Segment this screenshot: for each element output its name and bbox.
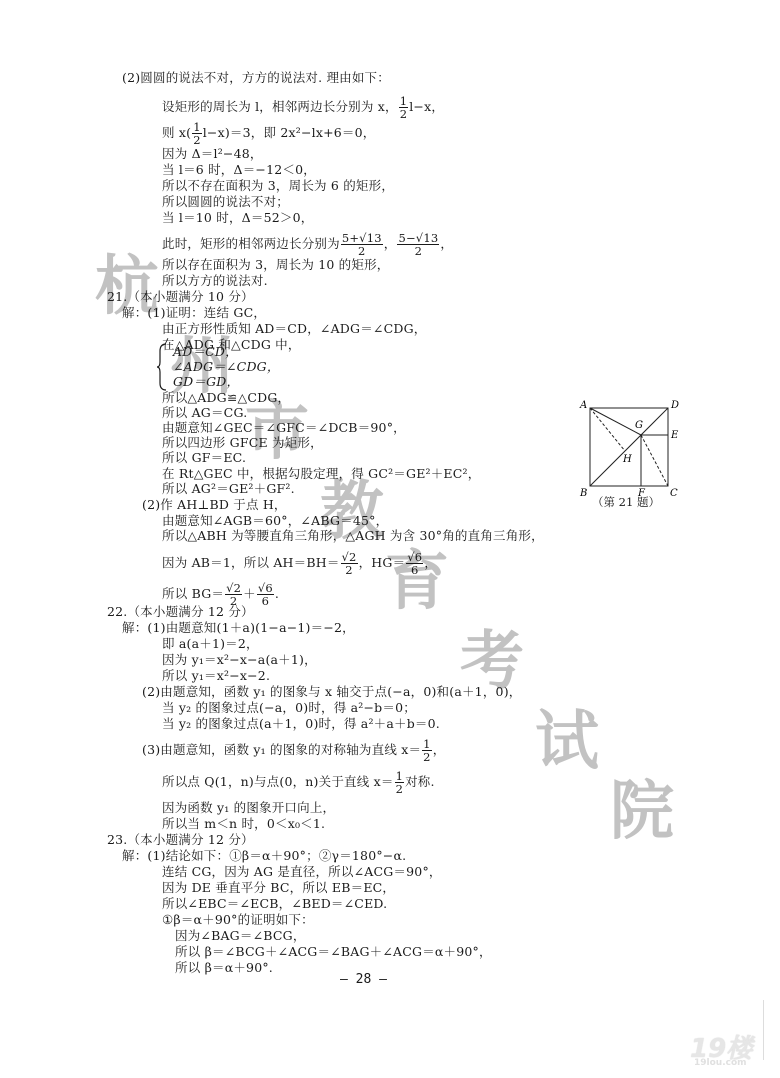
q22-part2-heading: (2)由题意知，函数 y₁ 的图象与 x 轴交于点(−a，0)和(a＋1，0)， <box>122 684 521 700</box>
q20-line4: 当 l＝6 时，Δ＝−12＜0， <box>162 162 316 178</box>
q23-line: 因为∠BAG＝∠BCG， <box>162 928 306 944</box>
q20-part2-heading: (2)圆圆的说法不对，方方的说法对. 理由如下： <box>122 70 390 86</box>
text: 则 x( <box>162 125 191 140</box>
fraction: 12 <box>395 770 405 795</box>
q23-line: 所以 β＝α＋90°. <box>162 960 273 976</box>
q20-line9: 所以存在面积为 3，周长为 10 的矩形， <box>162 257 389 273</box>
text: 因为 AB＝1，所以 AH＝BH＝ <box>162 555 340 570</box>
q23-line: ①β＝α＋90°的证明如下： <box>162 912 314 928</box>
text: 所以点 Q(1，n)与点(0，n)关于直线 x＝ <box>162 774 394 789</box>
fraction: √22 <box>341 551 358 576</box>
fraction: 5−√132 <box>397 232 439 257</box>
q21-system-eq2: ∠ADG＝∠CDG， <box>173 359 280 375</box>
q22-line: 因为函数 y₁ 的图象开口向上， <box>162 800 335 816</box>
svg-text:B: B <box>579 488 587 498</box>
q22-line: 因为 y₁＝x²−x−a(a＋1)， <box>162 652 317 668</box>
q20-line6: 所以圆圆的说法不对； <box>162 194 289 210</box>
q21-geometry-figure: A D E G H B F C <box>578 398 688 508</box>
q20-line8: 此时，矩形的相邻两边长分别为5+√132，5−√132， <box>162 232 453 257</box>
fraction: √66 <box>257 582 274 607</box>
q22-part3-heading: (3)由题意知，函数 y₁ 的图象的对称轴为直线 x＝12， <box>122 738 445 763</box>
svg-text:G: G <box>635 420 643 431</box>
watermark-char: 院 <box>610 760 674 852</box>
q22-title: 22.（本小题满分 12 分） <box>107 604 254 620</box>
q21-line: 在 Rt△GEC 中，根据勾股定理，得 GC²＝GE²＋EC²， <box>162 466 480 482</box>
q21-part1-heading: 解：(1)证明：连结 GC， <box>122 305 266 321</box>
site-logo: 19楼 19lou.com <box>684 1028 764 1072</box>
fraction: √66 <box>406 551 423 576</box>
svg-text:E: E <box>670 430 679 441</box>
q21-title: 21.（本小题满分 10 分） <box>107 289 254 305</box>
q20-line10: 所以方方的说法对. <box>162 273 268 289</box>
text: 所以 BG＝ <box>162 586 224 601</box>
logo-domain: 19lou.com <box>694 1058 747 1068</box>
text: (3)由题意知，函数 y₁ 的图象的对称轴为直线 x＝ <box>142 742 421 757</box>
q23-part1-heading: 解：(1)结论如下：①β＝α＋90°；②γ＝180°−α. <box>122 848 406 864</box>
q23-line: 因为 DE 垂直平分 BC，所以 EB＝EC， <box>162 880 395 896</box>
text: 对称. <box>405 774 435 789</box>
q21-line: 所以 GF＝EC. <box>162 450 246 466</box>
watermark-char: 试 <box>535 690 599 782</box>
q20-line1: 设矩形的周长为 l，相邻两边长分别为 x，12l−x， <box>162 95 444 120</box>
text: ，HG＝ <box>359 555 406 570</box>
q21-line: 所以 AG＝CG. <box>162 405 247 421</box>
q22-line: 即 a(a＋1)＝2， <box>162 636 259 652</box>
q23-line: 连结 CG，因为 AG 是直径，所以∠ACG＝90°， <box>162 864 442 880</box>
q20-line3: 因为 Δ＝l²−48， <box>162 146 263 162</box>
q21-line: 因为 AB＝1，所以 AH＝BH＝√22，HG＝√66， <box>162 551 437 576</box>
svg-text:A: A <box>579 400 587 411</box>
q22-line: 当 y₂ 的图象过点(−a，0)时，得 a²−b＝0； <box>162 700 416 716</box>
q22-line: 所以点 Q(1，n)与点(0，n)关于直线 x＝12对称. <box>162 770 435 795</box>
q21-part2-heading: (2)作 AH⊥BD 于点 H， <box>122 497 287 513</box>
q23-line: 所以 β＝∠BCG＋∠ACG＝∠BAG＋∠ACG＝α＋90°， <box>162 944 492 960</box>
q23-line: 所以∠EBC＝∠ECB，∠BED＝∠CED. <box>162 896 387 912</box>
text: 设矩形的周长为 l，相邻两边长分别为 x， <box>162 99 398 114</box>
q22-line: 所以 y₁＝x²−x−2. <box>162 668 270 684</box>
fraction: 12 <box>422 738 432 763</box>
q22-line: 所以当 m＜n 时，0＜x₀＜1. <box>162 816 325 832</box>
q20-line5: 所以不存在面积为 3，周长为 6 的矩形， <box>162 178 394 194</box>
q22-part1-heading: 解：(1)由题意知(1＋a)(1−a−1)＝−2， <box>122 620 355 636</box>
text: ， <box>424 555 437 570</box>
q21-line: 所以四边形 GFCE 为矩形， <box>162 435 323 451</box>
q21-system-eq3: GD＝GD， <box>173 374 239 390</box>
document-page: 杭 州 市 教 育 考 试 院 (2)圆圆的说法不对，方方的说法对. 理由如下：… <box>0 0 780 1078</box>
q21-line: 所以 AG²＝GE²＋GF². <box>162 481 295 497</box>
text: ， <box>433 742 446 757</box>
fraction: 5+√132 <box>341 232 383 257</box>
text: l−x， <box>409 99 444 114</box>
svg-text:C: C <box>670 488 678 498</box>
text: 此时，矩形的相邻两边长分别为 <box>162 236 340 251</box>
q21-line: 由正方形性质知 AD＝CD，∠ADG＝∠CDG， <box>162 321 426 337</box>
fraction: 12 <box>192 121 202 146</box>
figure-caption: （第 21 题） <box>592 494 660 510</box>
page-number: — 28 — <box>340 972 387 987</box>
q21-line: 所以△ADG≌△CDG， <box>162 390 290 406</box>
fraction: 12 <box>399 95 409 120</box>
q23-title: 23.（本小题满分 12 分） <box>107 832 254 848</box>
q21-line: 所以△ABH 为等腰直角三角形，△AGH 为含 30°角的直角三角形， <box>162 528 544 544</box>
q20-line7: 当 l＝10 时，Δ＝52＞0， <box>162 210 313 226</box>
svg-text:H: H <box>622 454 632 465</box>
brace-icon <box>156 343 168 391</box>
q22-line: 当 y₂ 的图象过点(a＋1，0)时，得 a²＋a＋b＝0. <box>162 716 440 732</box>
q20-line2: 则 x(12l−x)＝3，即 2x²−lx+6＝0， <box>162 121 375 146</box>
svg-text:D: D <box>670 400 679 411</box>
q21-line: 由题意知∠GEC＝∠GFC＝∠DCB＝90°， <box>162 420 406 436</box>
text: ＋ <box>243 586 256 601</box>
text: . <box>275 586 279 601</box>
q21-line: 由题意知∠AGB＝60°，∠ABG＝45°， <box>162 513 388 529</box>
q21-system-eq1: AD＝CD， <box>173 344 238 360</box>
text: l−x)＝3，即 2x²−lx+6＝0， <box>203 125 376 140</box>
